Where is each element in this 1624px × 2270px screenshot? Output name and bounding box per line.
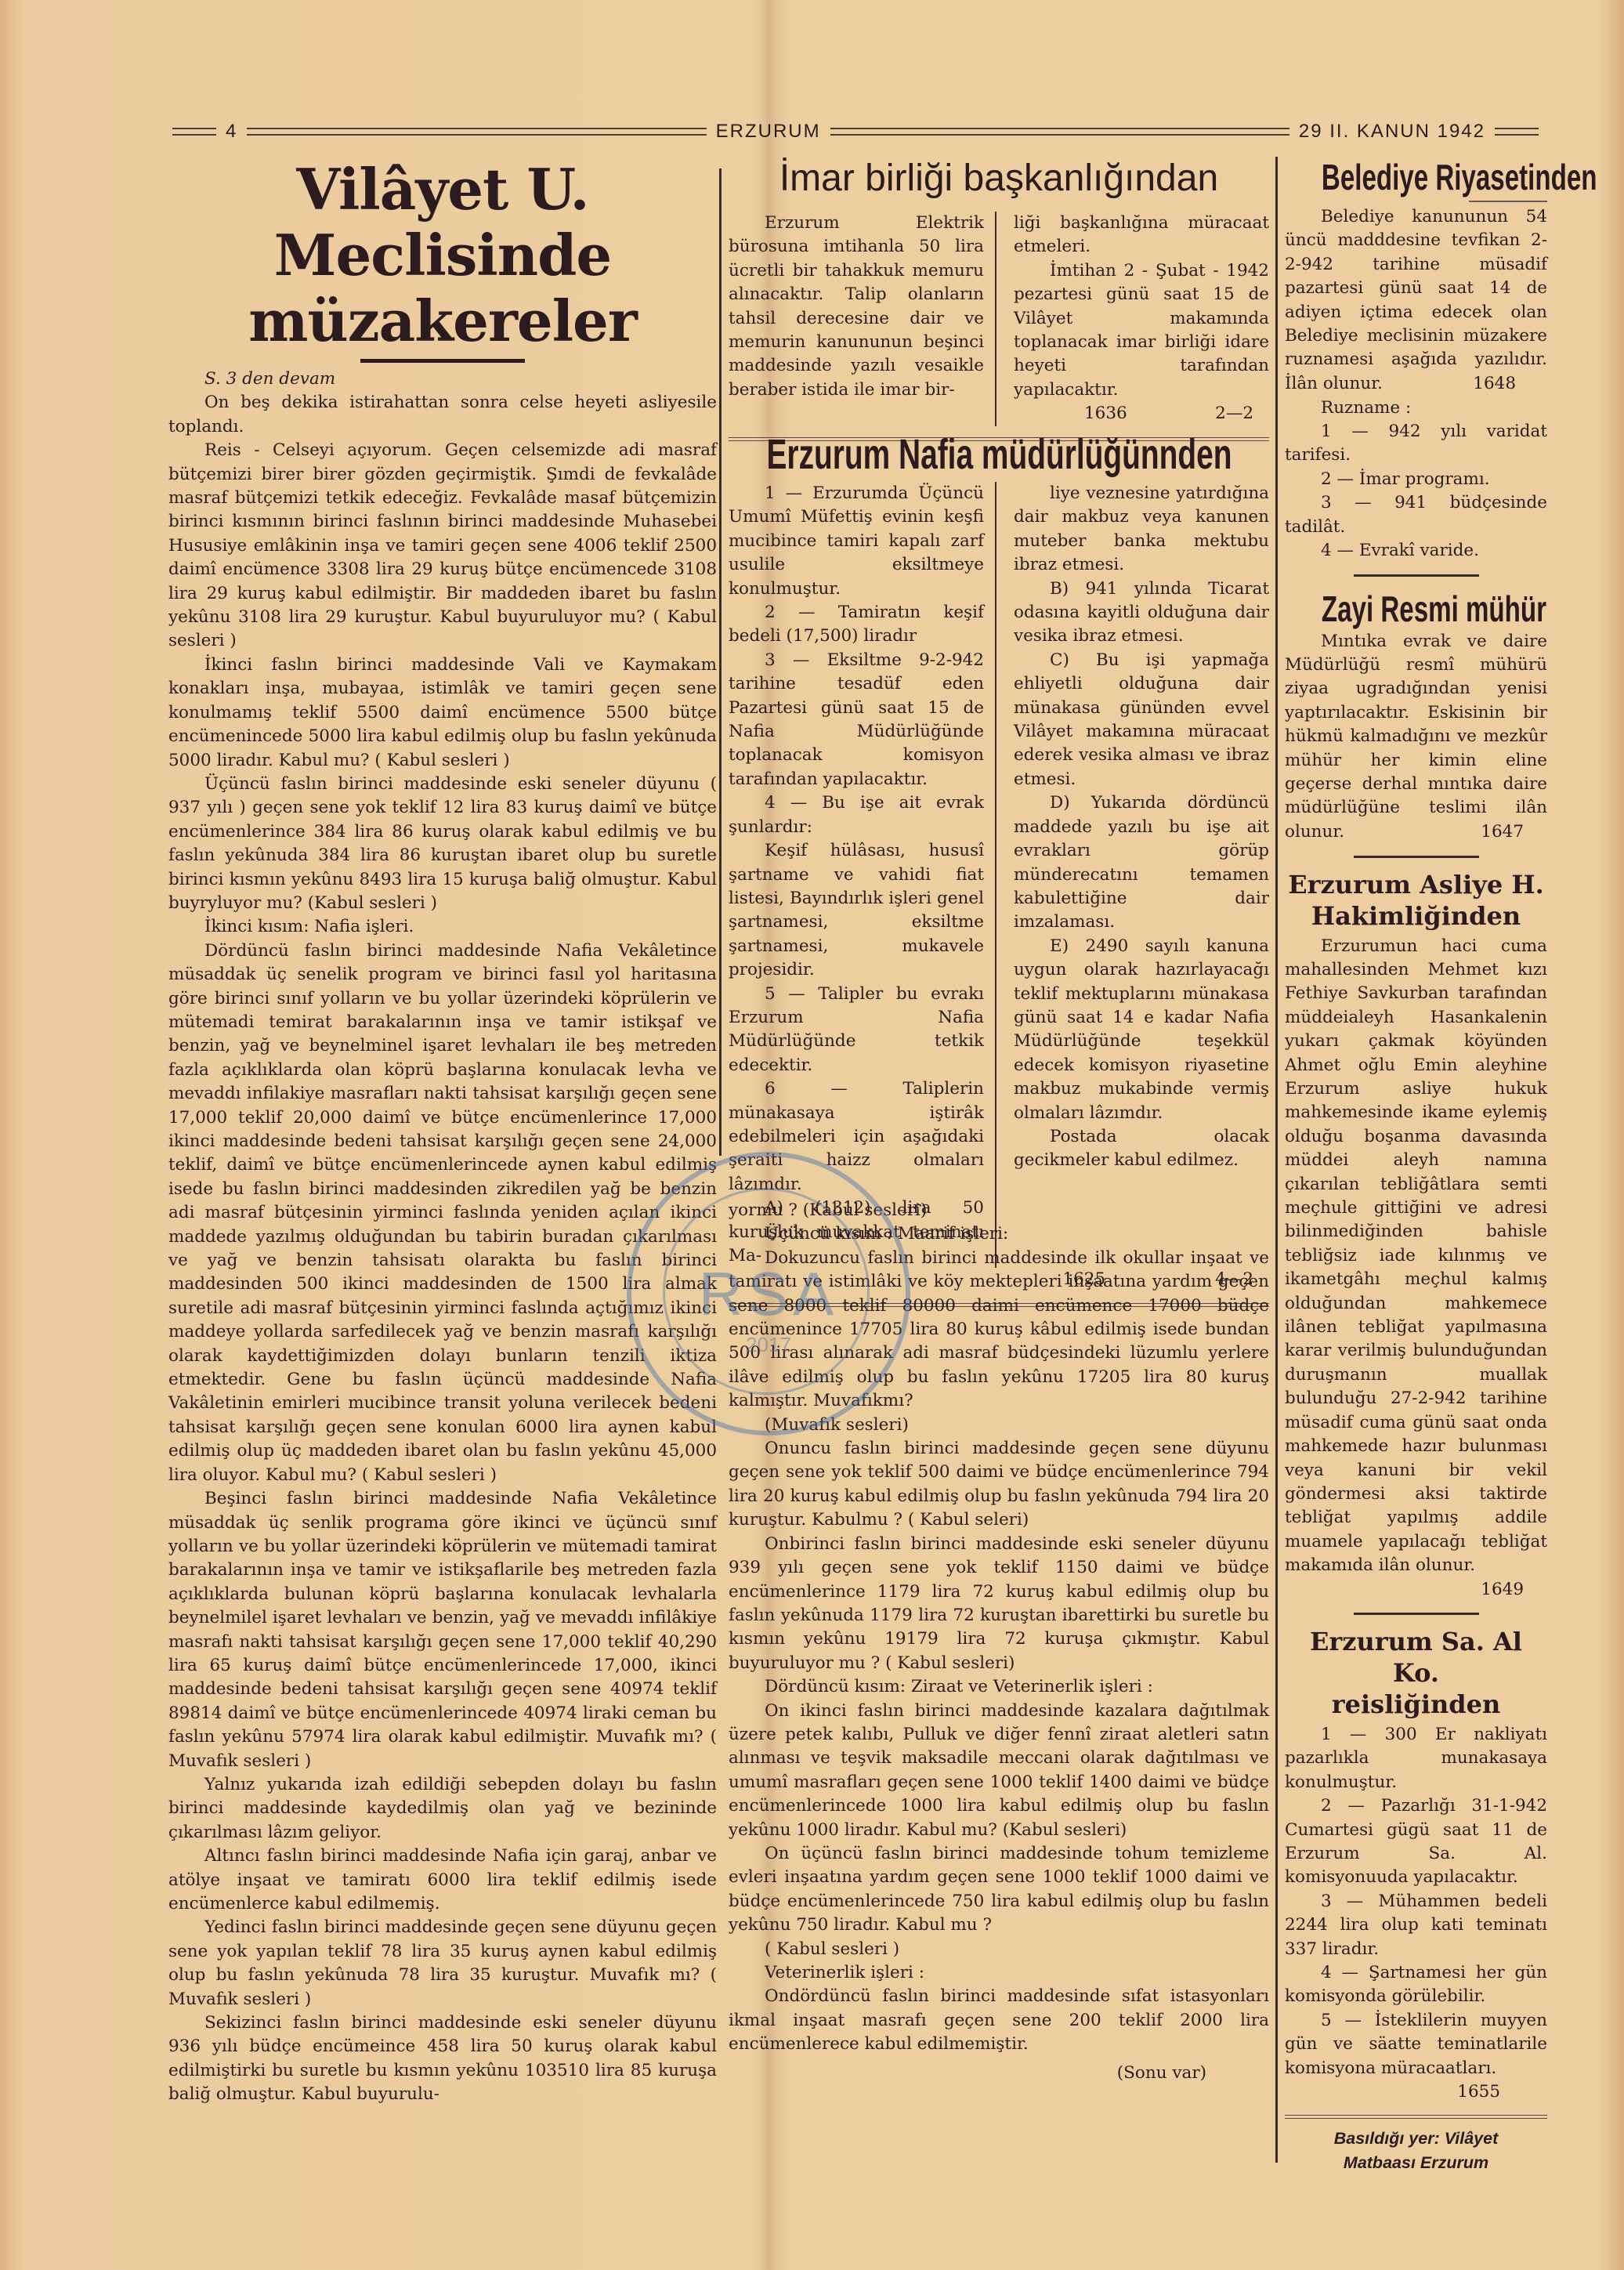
nafia-paragraph: 4 — Bu işe ait evrak şunlardır: xyxy=(729,791,984,839)
article-paragraph: Beşinci faslın birinci maddesinde Nafia … xyxy=(168,1487,717,1773)
salko-item: 2 — Pazarlığı 31-1-942 Cumartesi gügü sa… xyxy=(1285,1794,1547,1890)
nafia-paragraph: liye veznesine yatırdığına dair makbuz v… xyxy=(1014,482,1269,577)
article-paragraph: Altıncı faslın birinci maddesinde Nafia … xyxy=(168,1845,717,1916)
section-rule xyxy=(1354,1613,1479,1615)
article-headline: Vilâyet U. Meclisinde xyxy=(168,157,717,288)
article-paragraph: On beş dekika istirahattan sonra celse h… xyxy=(168,391,717,439)
nafia-col-1: 1 — Erzurumda Üçüncü Umumî Müfettiş evin… xyxy=(729,482,996,1268)
masthead-rule xyxy=(172,128,216,136)
salko-item: 5 — İsteklilerin muyyen gün ve säatte te… xyxy=(1285,2009,1547,2080)
right-column: Belediye Riyasetinden Belediye kanununun… xyxy=(1285,157,1547,2174)
article-paragraph: Ondördüncü faslın birinci maddesinde sıf… xyxy=(729,1985,1269,2056)
article-paragraph: Üçüncü faslın birinci maddesinde eski se… xyxy=(168,773,717,915)
imprint-line: Matbaası Erzurum xyxy=(1285,2151,1547,2174)
agenda-label: Ruzname : xyxy=(1285,396,1547,420)
asliye-title: Erzurum Asliye H. xyxy=(1285,869,1547,900)
section-rule xyxy=(1354,574,1479,577)
nafia-paragraph: E) 2490 sayılı kanuna uygun olarak hazır… xyxy=(1014,935,1269,1125)
article-paragraph: ( Kabul sesleri ) xyxy=(729,1938,1269,1961)
asliye-text: Erzurumun haci cuma mahallesinden Mehmet… xyxy=(1285,935,1547,1578)
salko-item: 1 — 300 Er nakliyatı pazarlıkla munakasa… xyxy=(1285,1723,1547,1794)
nafia-paragraph: 3 — Eksiltme 9-2-942 tarihine tesadüf ed… xyxy=(729,649,984,791)
ad-reference: 1636 xyxy=(1084,402,1127,425)
masthead-rule xyxy=(1495,128,1539,136)
column-divider xyxy=(1275,157,1278,2163)
headline-underline xyxy=(360,359,525,363)
article-paragraph: Dördüncü kısım: Ziraat ve Veterinerlik i… xyxy=(729,1675,1269,1699)
masthead-rule xyxy=(247,128,706,136)
belediye-text: Belediye kanununun 54 üncü madddesine te… xyxy=(1285,205,1547,396)
article-paragraph: Yedinci faslın birinci maddesinde geçen … xyxy=(168,1916,717,2011)
muhur-title: Zayi Resmi mühür xyxy=(1322,588,1510,630)
nafia-paragraph: B) 941 yılında Ticarat odasına kayitli o… xyxy=(1014,577,1269,649)
agenda-item: 1 — 942 yılı varidat tarifesi. xyxy=(1285,420,1547,468)
main-article: Vilâyet U. Meclisinde müzakereler S. 3 d… xyxy=(168,157,717,2107)
stamp-year: 2017 xyxy=(631,1333,906,1357)
nafia-paragraph: 1 — Erzurumda Üçüncü Umumî Müfettiş evin… xyxy=(729,482,984,601)
nafia-col-2: liye veznesine yatırdığına dair makbuz v… xyxy=(1014,482,1269,1268)
salko-items: 1 — 300 Er nakliyatı pazarlıkla munakasa… xyxy=(1285,1723,1547,2080)
issue-date: 29 II. KANUN 1942 xyxy=(1299,121,1485,143)
section-rule xyxy=(1285,2115,1547,2119)
imar-text: liği başkanlığına müracaat etmeleri. xyxy=(1014,212,1269,259)
salko-title: Erzurum Sa. Al Ko. xyxy=(1285,1626,1547,1689)
agenda-list: 1 — 942 yılı varidat tarifesi.2 — İmar p… xyxy=(1285,420,1547,563)
article-paragraph: Onuncu faslın birinci maddesinde geçen s… xyxy=(729,1437,1269,1533)
article-paragraph: Onbirinci faslın birinci maddesinde eski… xyxy=(729,1533,1269,1675)
library-stamp: RSA 2017 xyxy=(627,1152,910,1435)
article-paragraph: On üçüncü faslın birinci maddesinde tohu… xyxy=(729,1842,1269,1938)
imar-notice: İmar birliği başkanlığından Erzurum Elek… xyxy=(729,157,1269,441)
article-paragraph: Dördüncü faslın birinci maddesinde Nafia… xyxy=(168,939,717,1487)
to-be-continued: (Sonu var) xyxy=(729,2062,1269,2085)
paper-name: ERZURUM xyxy=(716,121,821,143)
agenda-item: 4 — Evrakî varide. xyxy=(1285,539,1547,563)
agenda-item: 3 — 941 büdçesinde tadilât. xyxy=(1285,491,1547,539)
imprint-line: Basıldığı yer: Vilâyet xyxy=(1285,2127,1547,2150)
nafia-paragraph: C) Bu işi yapmağa ehliyetli olduğuna dai… xyxy=(1014,649,1269,791)
article-paragraph: Sekizinci faslın birinci maddesinde eski… xyxy=(168,2011,717,2107)
muhur-text: Mıntıka evrak ve daire Müdürlüğü resmî m… xyxy=(1285,630,1547,845)
nafia-paragraph: Keşif hülâsası, hususî şartname ve vahid… xyxy=(729,839,984,982)
article-paragraph: Reis - Celseyi açıyorum. Geçen celsemizd… xyxy=(168,439,717,653)
article-paragraph: İkinci kısım: Nafia işleri. xyxy=(168,915,717,939)
column-divider xyxy=(719,168,722,1156)
belediye-title: Belediye Riyasetinden xyxy=(1322,157,1510,197)
salko-item: 3 — Mühammen bedeli 2244 lira olup kati … xyxy=(1285,1890,1547,1961)
article-paragraph: Veterinerlik işleri : xyxy=(729,1961,1269,1985)
article-paragraph: İkinci faslın birinci maddesinde Vali ve… xyxy=(168,653,717,773)
imar-title: İmar birliği başkanlığından xyxy=(729,157,1269,201)
asliye-title-2: Hakimliğinden xyxy=(1285,900,1547,932)
article-headline-2: müzakereler xyxy=(168,288,717,354)
salko-item: 4 — Şartnamesi her gün komisyonda görüle… xyxy=(1285,1961,1547,2009)
nafia-title: Erzurum Nafia müdürlüğünnden xyxy=(766,431,1232,478)
nafia-paragraph: Postada olacak gecikmeler kabul edilmez. xyxy=(1014,1125,1269,1173)
article-paragraph: On ikinci faslın birinci maddesinde kaza… xyxy=(729,1700,1269,1842)
nafia-paragraph: D) Yukarıda dördüncü maddede yazılı bu i… xyxy=(1014,791,1269,934)
nafia-paragraph: 2 — Tamiratın keşif bedeli (17,500) lira… xyxy=(729,601,984,649)
ad-reference: 1649 xyxy=(1285,1578,1547,1602)
imar-text: Erzurum Elektrik bürosuna imtihanla 50 l… xyxy=(729,212,984,402)
page-number: 4 xyxy=(226,121,237,143)
agenda-item: 2 — İmar programı. xyxy=(1285,468,1547,491)
nafia-paragraph: 5 — Talipler bu evrakı Erzurum Nafia Müd… xyxy=(729,983,984,1078)
stamp-letters: RSA xyxy=(631,1258,906,1330)
article-paragraph: Yalnız yukarıda izah edildiği sebepden d… xyxy=(168,1773,717,1845)
continued-note: S. 3 den devam xyxy=(168,367,717,391)
section-rule xyxy=(1354,856,1479,858)
imar-text: İmtihan 2 - Şubat - 1942 pezartesi günü … xyxy=(1014,259,1269,402)
ad-reference: 1655 xyxy=(1285,2080,1547,2104)
salko-title-2: reisliğinden xyxy=(1285,1689,1547,1720)
masthead: 4 ERZURUM 29 II. KANUN 1942 xyxy=(163,118,1548,146)
masthead-rule xyxy=(830,128,1289,136)
ad-series: 2—2 xyxy=(1215,402,1253,425)
